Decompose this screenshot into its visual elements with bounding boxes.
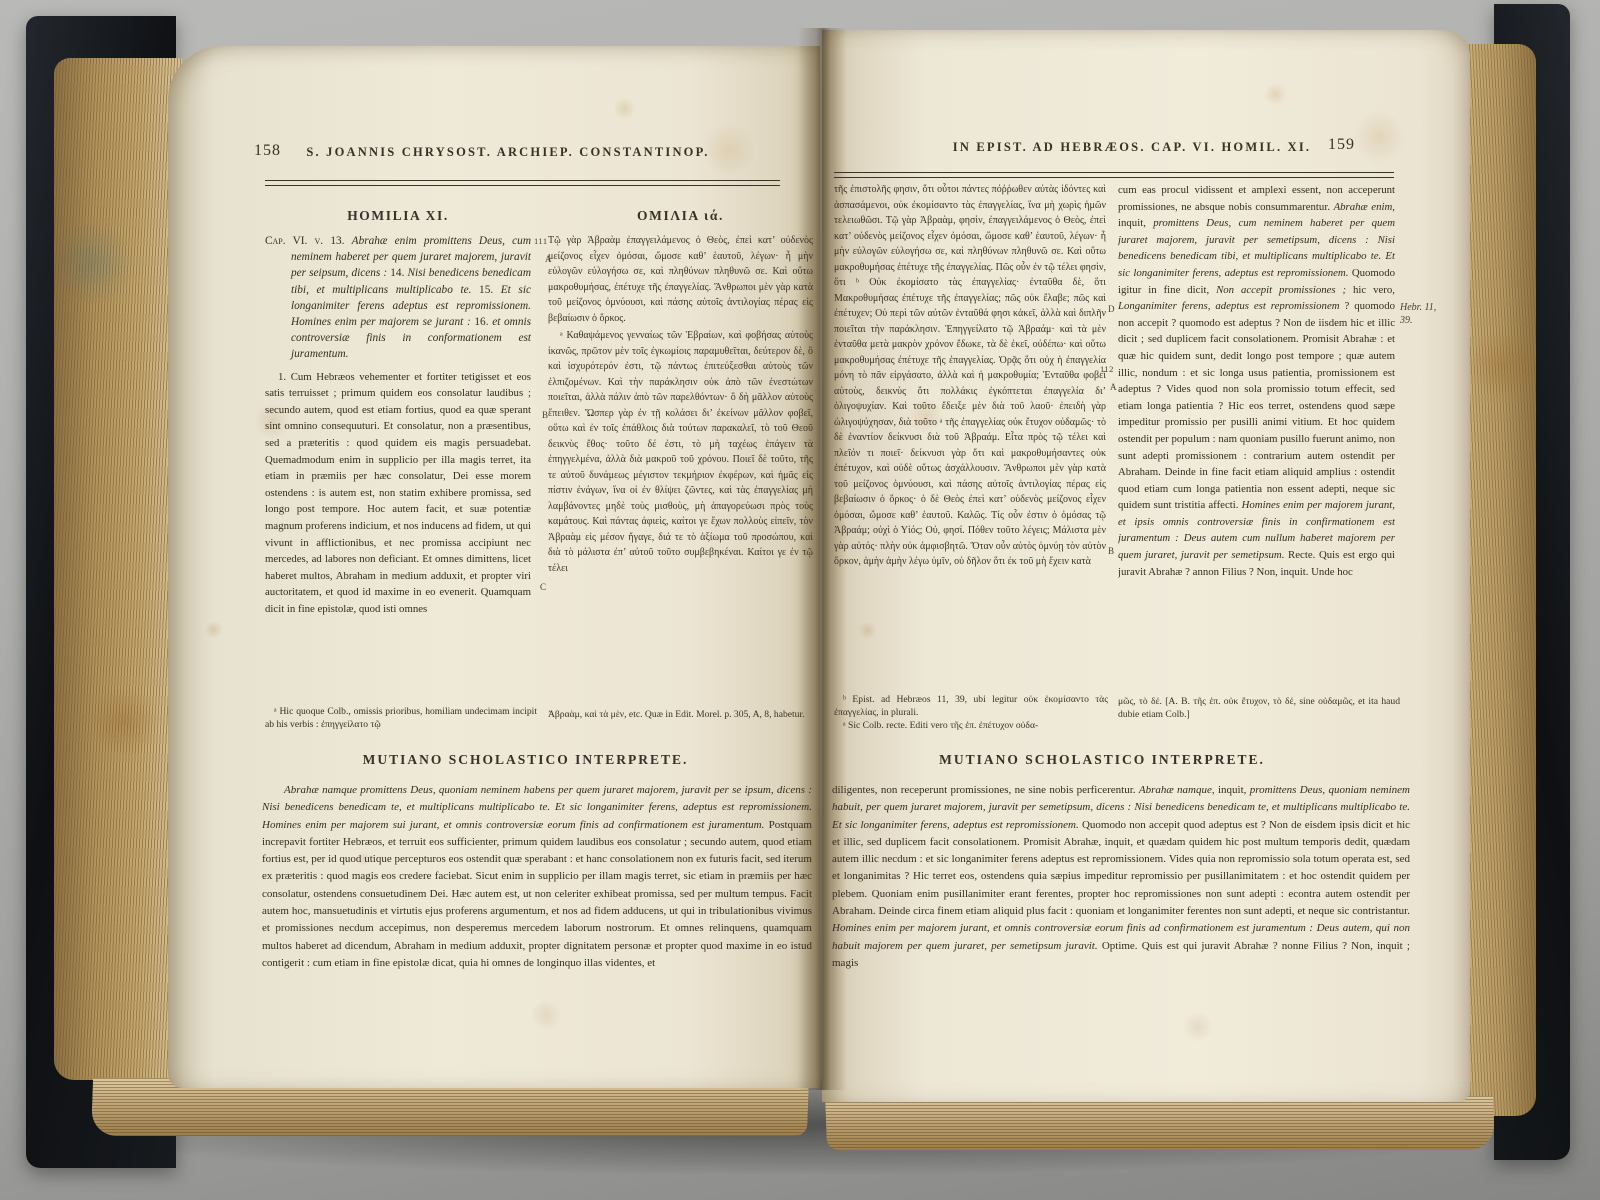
greek-paragraph-1: Τῷ γὰρ Ἀβραὰμ ἐπαγγειλάμενος ὁ Θεὸς, ἐπε… — [548, 233, 813, 326]
latin-paragraph-1: 1. Cum Hebræos vehementer et fortiter te… — [265, 369, 531, 618]
greek-paragraph-2: ᵃ Καθαψάμενος γενναίως τῶν Ἑβραίων, καὶ … — [548, 328, 813, 576]
column-letter-marker-a: A — [1110, 382, 1117, 392]
page-left: 158 S. JOANNIS CHRYSOST. ARCHIEP. CONSTA… — [168, 46, 820, 1088]
column-number-marker: 111 — [534, 236, 548, 246]
column-letter-marker-c: C — [540, 582, 546, 592]
footnote-greek-left: Ἀβραὰμ, καὶ τὰ μὲν, etc. Quæ in Edit. Mo… — [548, 709, 813, 722]
mutiano-heading-right: MUTIANO SCHOLASTICO INTERPRETE. — [832, 752, 1372, 768]
footnote-latin-right: μῶς, τὸ δέ. [A. B. τῆς ἐπ. οὐκ ἔτυχον, τ… — [1118, 696, 1400, 721]
margin-note-hebrews: Hebr. 11, 39. — [1400, 302, 1462, 327]
mutiano-paragraph-left: Abrahæ namque promittens Deus, quoniam n… — [262, 782, 812, 1020]
margin-note-line1: Hebr. 11, — [1400, 302, 1462, 315]
book: 158 S. JOANNIS CHRYSOST. ARCHIEP. CONSTA… — [0, 0, 1600, 1200]
homilia-heading: HOMILIA XI. — [265, 208, 531, 224]
column-letter-marker-b: B — [542, 410, 548, 420]
greek-column-left-page: ΟΜΙΛΙΑ ιά. Τῷ γὰρ Ἀβραὰμ ἐπαγγειλάμενος … — [548, 208, 813, 702]
head-rule-right — [834, 172, 1394, 178]
footnotes-greek-right: ᵇ Epist. ad Hebræos 11, 39, ubi legitur … — [834, 694, 1108, 733]
column-letter-marker-d: D — [1108, 304, 1115, 314]
column-number-marker: 112 — [1100, 364, 1114, 374]
running-head-right: IN EPIST. AD HEBRÆOS. CAP. VI. HOMIL. XI… — [882, 140, 1382, 155]
page-edges-bottom-right — [825, 1096, 1495, 1150]
omilia-heading: ΟΜΙΛΙΑ ιά. — [548, 208, 813, 224]
column-letter-marker-b: B — [1108, 546, 1114, 556]
page-edges-left — [54, 58, 182, 1080]
photo-backdrop: 158 S. JOANNIS CHRYSOST. ARCHIEP. CONSTA… — [0, 0, 1600, 1200]
footnote-a: ᵃ Sic Colb. recte. Editi vero τῆς ἐπ. ἐπ… — [834, 720, 1108, 733]
column-letter-marker-a: A — [545, 254, 552, 264]
margin-note-line2: 39. — [1400, 315, 1462, 328]
head-rule-left — [265, 180, 780, 186]
footnote-b: ᵇ Epist. ad Hebræos 11, 39, ubi legitur … — [834, 694, 1108, 719]
chapter-verse-intro: Cap. VI. v. 13. Abrahæ enim promittens D… — [265, 233, 531, 363]
latin-column-right-page: cum eas procul vidissent et amplexi esse… — [1118, 182, 1395, 690]
mutiano-heading-left: MUTIANO SCHOLASTICO INTERPRETE. — [263, 752, 788, 768]
greek-paragraph-continued: τῆς ἐπιστολῆς φησιν, ὅτι οὗτοι πάντες πό… — [834, 182, 1106, 570]
mutiano-paragraph-right: diligentes, non receperunt promissiones,… — [832, 782, 1410, 1022]
page-right: IN EPIST. AD HEBRÆOS. CAP. VI. HOMIL. XI… — [822, 30, 1470, 1102]
latin-column-left-page: HOMILIA XI. Cap. VI. v. 13. Abrahæ enim … — [265, 208, 531, 702]
greek-column-right-page: τῆς ἐπιστολῆς φησιν, ὅτι οὗτοι πάντες πό… — [834, 182, 1106, 690]
folio-number-right: 159 — [1328, 136, 1355, 154]
footnote-latin-left: ᵃ Hic quoque Colb., omissis prioribus, h… — [265, 706, 537, 731]
running-head-left: S. JOANNIS CHRYSOST. ARCHIEP. CONSTANTIN… — [268, 145, 748, 160]
latin-paragraph-continued: cum eas procul vidissent et amplexi esse… — [1118, 182, 1395, 580]
